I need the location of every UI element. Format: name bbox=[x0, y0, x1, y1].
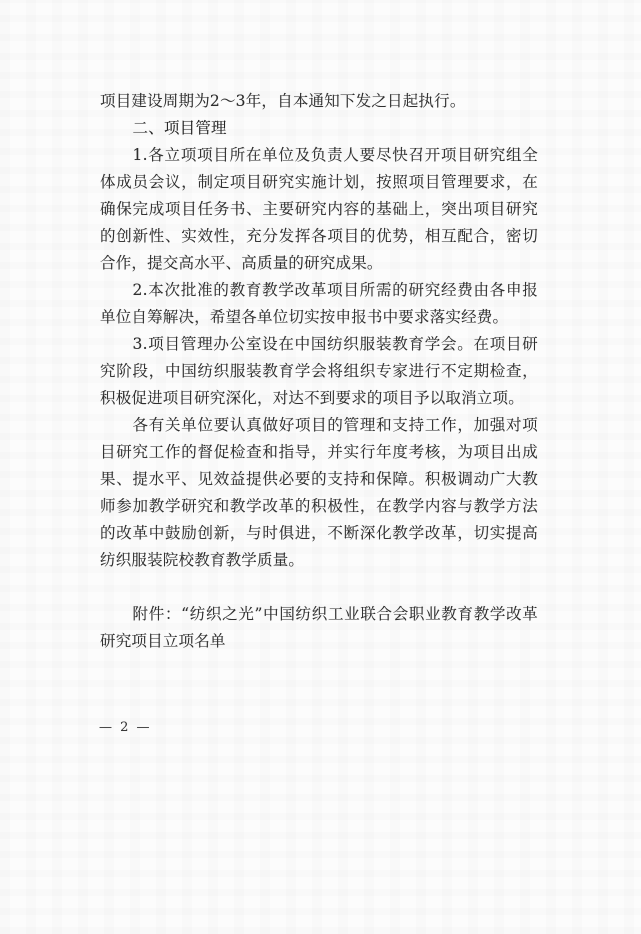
continuation-paragraph: 项目建设周期为2～3年，自本通知下发之日起执行。 bbox=[100, 88, 538, 115]
scanned-document-page: { "page": { "background_color": "#fcfcfc… bbox=[0, 0, 641, 934]
paragraph-2: 2.本次批准的教育教学改革项目所需的研究经费由各申报单位自筹解决，希望各单位切实… bbox=[100, 277, 538, 331]
attachment-note: 附件：“纺织之光”中国纺织工业联合会职业教育教学改革研究项目立项名单 bbox=[100, 601, 538, 655]
page-number: — 2 — bbox=[99, 720, 152, 735]
paragraph-1: 1.各立项项目所在单位及负责人要尽快召开项目研究组全体成员会议，制定项目研究实施… bbox=[100, 142, 538, 277]
section-heading: 二、项目管理 bbox=[100, 115, 538, 142]
paragraph-4: 各有关单位要认真做好项目的管理和支持工作，加强对项目研究工作的督促检查和指导，并… bbox=[100, 412, 538, 574]
paragraph-3: 3.项目管理办公室设在中国纺织服装教育学会。在项目研究阶段，中国纺织服装教育学会… bbox=[100, 331, 538, 412]
document-body: 项目建设周期为2～3年，自本通知下发之日起执行。 二、项目管理 1.各立项项目所… bbox=[100, 88, 538, 655]
